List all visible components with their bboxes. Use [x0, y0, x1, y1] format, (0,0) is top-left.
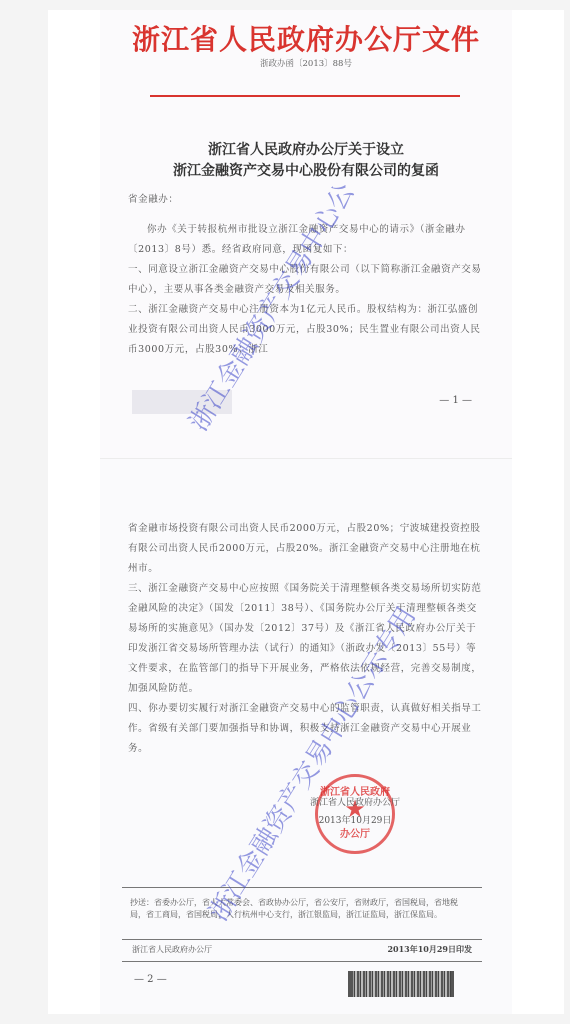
- signature-org: 浙江省人民政府办公厅: [310, 794, 400, 812]
- barcode-icon: [348, 971, 454, 997]
- print-date: 2013年10月29日印发: [387, 944, 472, 955]
- cc-list: 抄送：省委办公厅，省人大常委会、省政协办公厅，省公安厅，省财政厅，省国税局，省地…: [130, 897, 470, 921]
- document-subject: 浙江省人民政府办公厅关于设立 浙江金融资产交易中心股份有限公司的复函: [100, 140, 512, 182]
- signature-date: 2013年10月29日: [310, 812, 400, 830]
- page-number-1: — 1 —: [439, 395, 472, 406]
- document-header-title: 浙江省人民政府办公厅文件: [100, 18, 512, 58]
- header-red-rule: [150, 95, 460, 97]
- subject-line-1: 浙江省人民政府办公厅关于设立: [100, 140, 512, 161]
- page-2-body: 省金融市场投资有限公司出资人民币2000万元，占股20%；宁波城建投资控股有限公…: [128, 519, 486, 759]
- issuer: 浙江省人民政府办公厅: [132, 944, 212, 955]
- signature-block: 浙江省人民政府办公厅 2013年10月29日: [310, 794, 400, 830]
- page-number-2: — 2 —: [134, 974, 167, 985]
- divider: [122, 939, 482, 940]
- divider: [122, 961, 482, 962]
- divider: [122, 887, 482, 888]
- scanned-document: 浙江省人民政府办公厅文件 浙政办函〔2013〕88号 浙江省人民政府办公厅关于设…: [100, 10, 512, 1014]
- salutation: 省金融办：: [128, 190, 486, 210]
- document-number: 浙政办函〔2013〕88号: [100, 57, 512, 69]
- subject-line-2: 浙江金融资产交易中心股份有限公司的复函: [100, 161, 512, 182]
